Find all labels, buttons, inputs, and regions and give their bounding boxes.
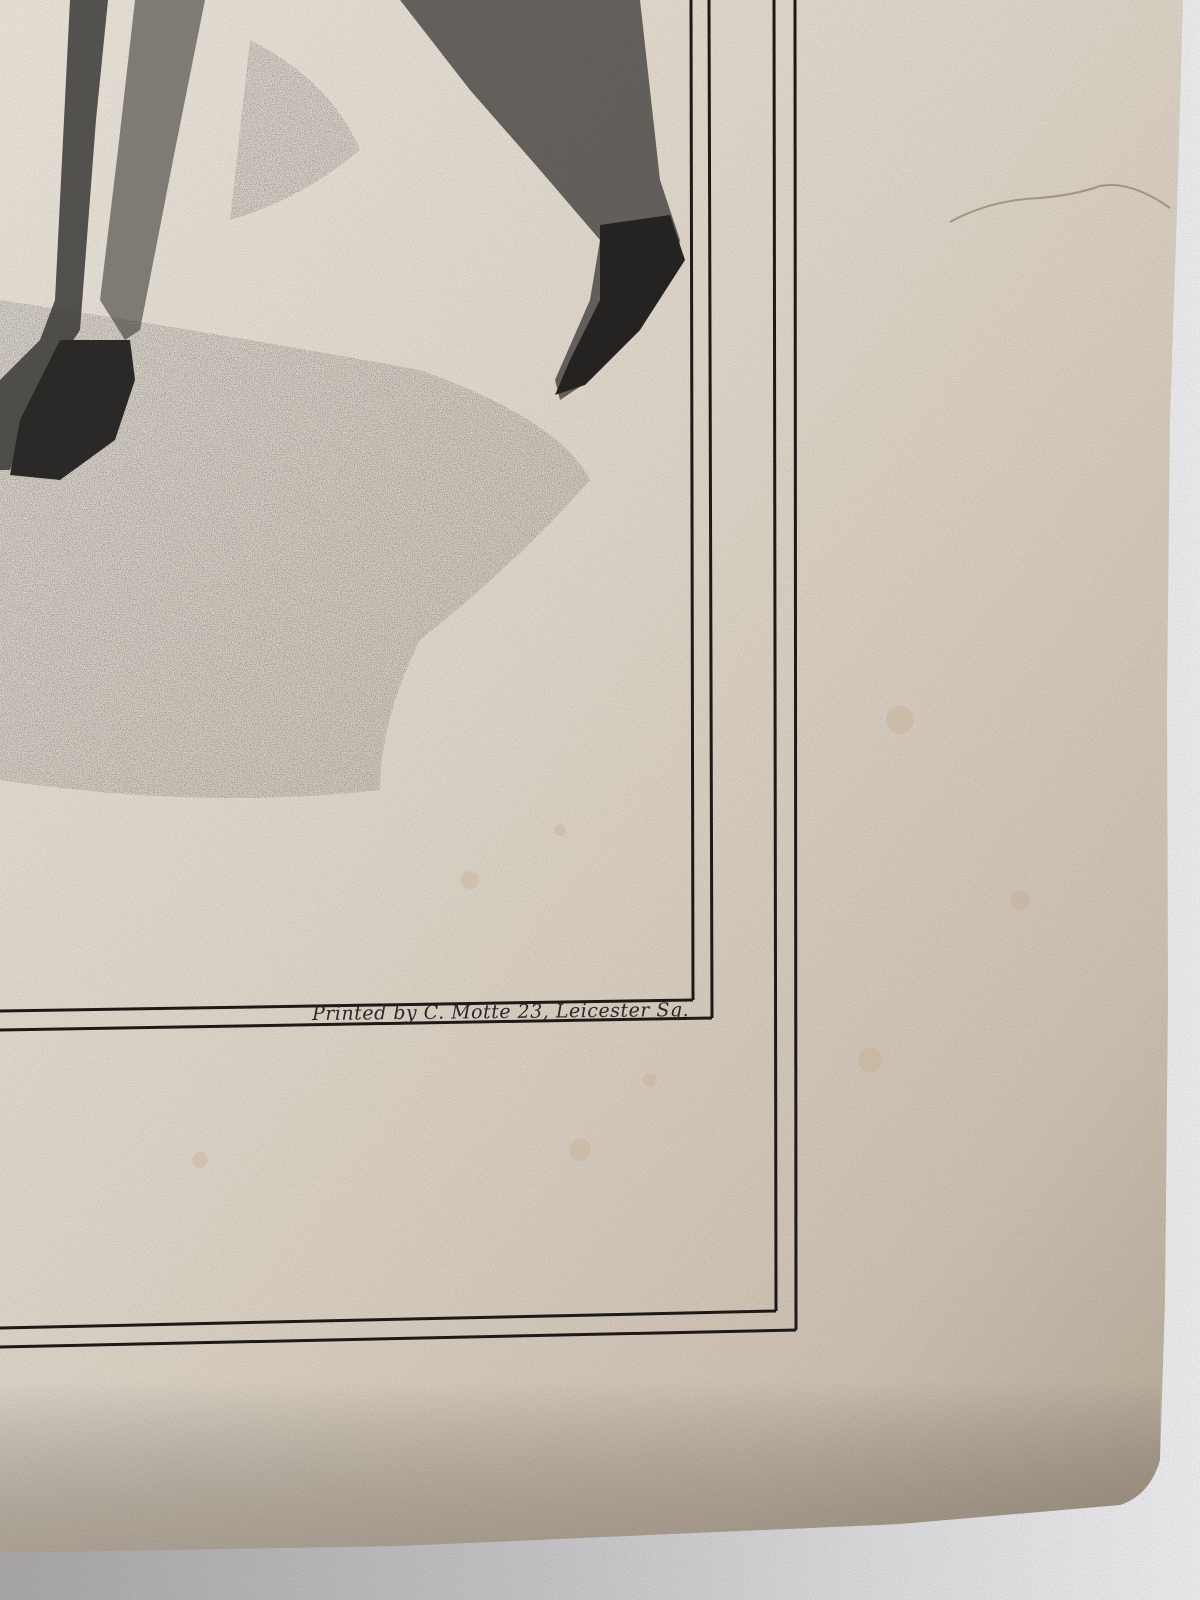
printer-imprint: Printed by C. Motte 23, Leicester Sq.: [312, 999, 732, 1025]
photograph-scene: Printed by C. Motte 23, Leicester Sq.: [0, 0, 1200, 1600]
print-sheet: [0, 0, 1200, 1600]
